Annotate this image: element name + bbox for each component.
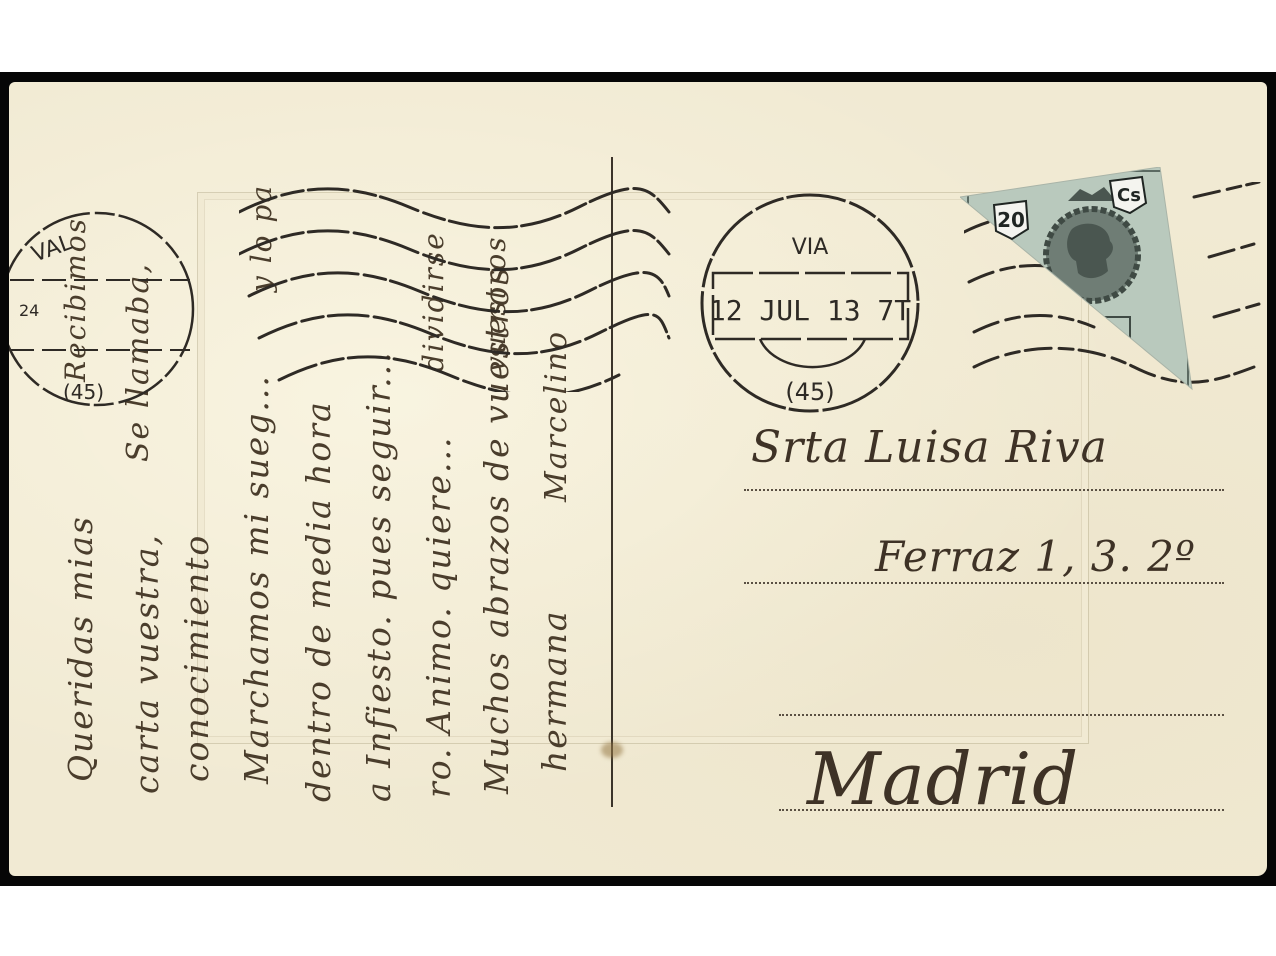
address-name: Srta Luisa Riva xyxy=(751,422,1108,473)
svg-text:20: 20 xyxy=(997,208,1025,232)
address-dotted-line xyxy=(779,809,1224,811)
bisected-stamp: 20 Cs xyxy=(960,167,1195,392)
message-line: conocimiento xyxy=(177,534,216,782)
svg-text:12 JUL 13 7T: 12 JUL 13 7T xyxy=(709,294,911,327)
svg-text:24: 24 xyxy=(19,301,39,320)
postmark-left-circle-icon: VAL 24 (45) xyxy=(9,194,205,424)
message-line: Marchamos mi sueg... xyxy=(237,374,276,784)
wavy-cancellation-icon xyxy=(239,182,679,392)
message-line: Queridas mias xyxy=(61,515,100,782)
message-line: carta vuestra, xyxy=(127,533,166,794)
message-line: hermana xyxy=(535,610,574,772)
svg-text:(45): (45) xyxy=(785,378,834,406)
svg-text:(45): (45) xyxy=(63,380,104,404)
stamp-value-badge: 20 xyxy=(994,201,1028,239)
address-dotted-line xyxy=(744,489,1224,491)
message-line: dentro de media hora xyxy=(299,400,338,802)
message-line: a Infiesto. pues seguir... xyxy=(359,350,398,802)
svg-text:Cs: Cs xyxy=(1117,185,1141,206)
postmark-circle-icon: VIA 12 JUL 13 7T (45) xyxy=(695,188,925,418)
message-line: ro. Animo. quiere... xyxy=(419,436,458,798)
postcard: Queridas mias carta vuestra, conocimient… xyxy=(9,82,1267,876)
address-dotted-line xyxy=(779,714,1224,716)
address-street: Ferraz 1, 3. 2º xyxy=(875,532,1196,581)
address-dotted-line xyxy=(744,582,1224,584)
svg-text:VIA: VIA xyxy=(792,235,829,260)
ink-stain xyxy=(601,742,623,758)
